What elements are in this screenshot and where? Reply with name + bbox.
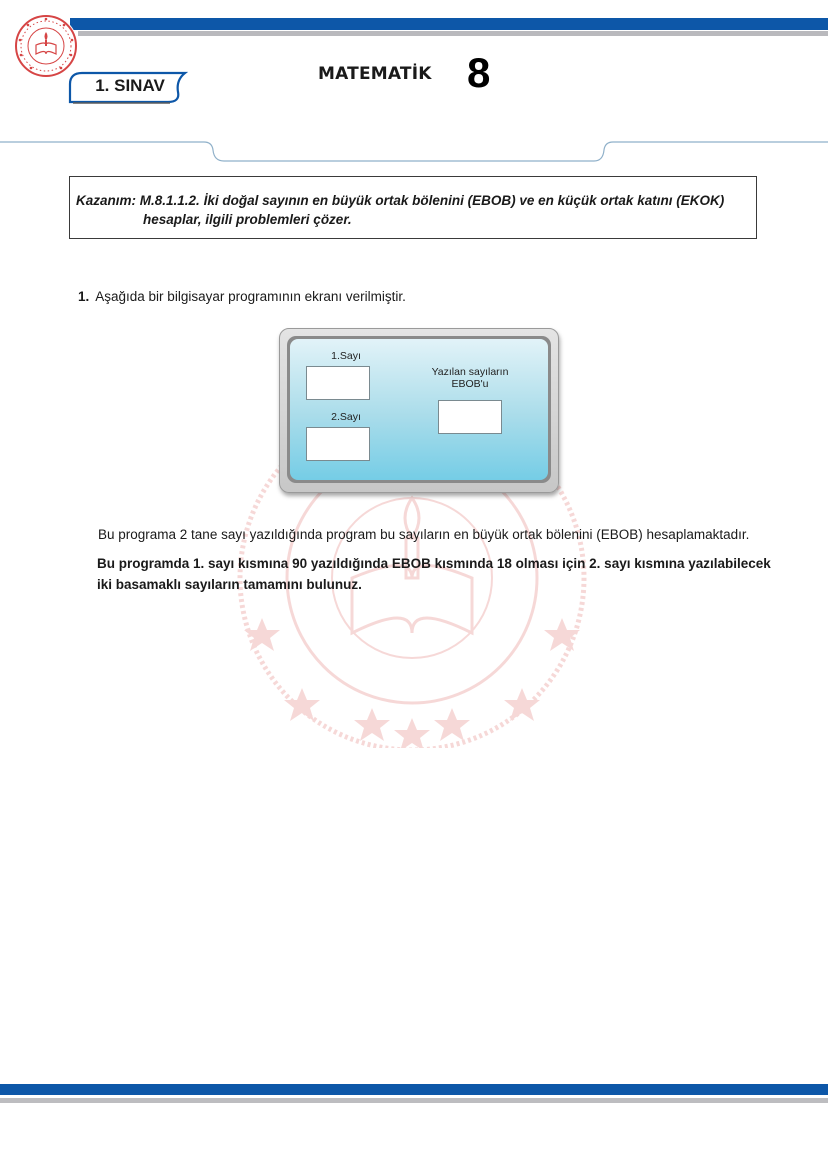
program-screen-display: 1.Sayı 2.Sayı Yazılan sayılarınEBOB'u <box>290 339 548 480</box>
learning-outcome-text: İki doğal sayının en büyük ortak bölenin… <box>204 193 725 208</box>
question-paragraph-1: Bu programa 2 tane sayı yazıldığında pro… <box>98 527 749 542</box>
first-number-label: 1.Sayı <box>314 350 378 362</box>
subject-title: MATEMATİK <box>318 64 432 84</box>
result-label-line1: Yazılan sayıların <box>432 366 509 378</box>
first-number-field[interactable] <box>306 366 370 400</box>
learning-outcome-line2: hesaplar, ilgili problemleri çözer. <box>76 210 746 229</box>
learning-outcome-line1: Kazanım: M.8.1.1.2. İki doğal sayının en… <box>76 191 746 210</box>
exam-label: 1. SINAV <box>68 70 186 102</box>
grade-number: 8 <box>467 52 490 94</box>
ebob-result-field <box>438 400 502 434</box>
learning-outcome-label: Kazanım: <box>76 193 136 208</box>
result-label-line2: EBOB'u <box>451 378 488 390</box>
second-number-field[interactable] <box>306 427 370 461</box>
program-screen: 1.Sayı 2.Sayı Yazılan sayılarınEBOB'u <box>279 328 559 493</box>
learning-outcome-box: Kazanım: M.8.1.1.2. İki doğal sayının en… <box>69 176 757 239</box>
footer-blue-bar <box>0 1084 828 1095</box>
exam-label-tab: 1. SINAV <box>68 70 186 100</box>
learning-outcome-code: M.8.1.1.2. <box>140 193 200 208</box>
header-divider <box>0 140 828 166</box>
program-screen-bezel: 1.Sayı 2.Sayı Yazılan sayılarınEBOB'u <box>287 336 551 483</box>
header-gray-bar <box>78 31 828 36</box>
question-paragraph-2: Bu programda 1. sayı kısmına 90 yazıldığ… <box>97 553 777 595</box>
result-label: Yazılan sayılarınEBOB'u <box>420 366 520 390</box>
ministry-seal-icon <box>14 14 78 78</box>
second-number-label: 2.Sayı <box>314 411 378 423</box>
question-number: 1. <box>78 289 89 304</box>
footer-gray-bar <box>0 1098 828 1103</box>
header-blue-bar <box>70 18 828 30</box>
question-stem-text: Aşağıda bir bilgisayar programının ekran… <box>95 289 406 304</box>
question-stem: 1.Aşağıda bir bilgisayar programının ekr… <box>78 289 406 304</box>
